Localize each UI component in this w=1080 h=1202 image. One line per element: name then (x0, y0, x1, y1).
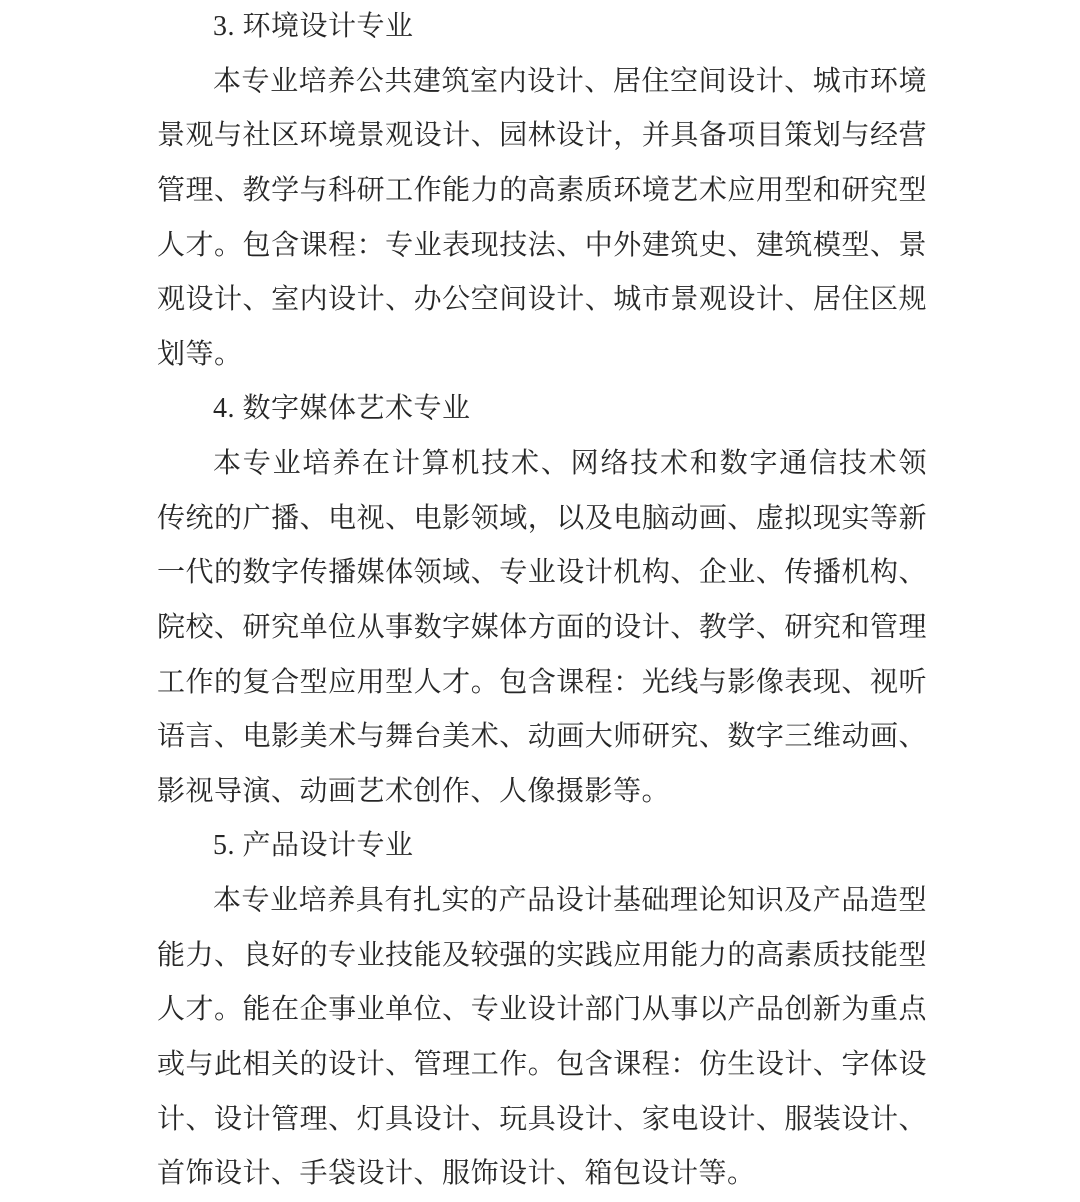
text-line: 本专业培养具有扎实的产品设计基础理论知识及产品造型 (157, 874, 927, 929)
text-line: 院校、研究单位从事数字媒体方面的设计、教学、研究和管理 (157, 601, 927, 656)
text-line: 管理、教学与科研工作能力的高素质环境艺术应用型和研究型 (157, 164, 927, 219)
document-body: 3. 环境设计专业本专业培养公共建筑室内设计、居住空间设计、城市环境景观与社区环… (157, 0, 927, 1202)
text-line: 本专业培养在计算机技术、网络技术和数字通信技术领域、 (157, 437, 927, 492)
text-line: 工作的复合型应用型人才。包含课程：光线与影像表现、视听 (157, 656, 927, 711)
text-line: 首饰设计、手袋设计、服饰设计、箱包设计等。 (157, 1147, 927, 1202)
text-line: 语言、电影美术与舞台美术、动画大师研究、数字三维动画、 (157, 710, 927, 765)
section-heading: 3. 环境设计专业 (157, 0, 927, 55)
text-line: 计、设计管理、灯具设计、玩具设计、家电设计、服装设计、 (157, 1093, 927, 1148)
text-line: 景观与社区环境景观设计、园林设计，并具备项目策划与经营 (157, 109, 927, 164)
section-heading: 4. 数字媒体艺术专业 (157, 382, 927, 437)
text-line: 或与此相关的设计、管理工作。包含课程：仿生设计、字体设 (157, 1038, 927, 1093)
text-line: 能力、良好的专业技能及较强的实践应用能力的高素质技能型 (157, 929, 927, 984)
document-page: 3. 环境设计专业本专业培养公共建筑室内设计、居住空间设计、城市环境景观与社区环… (0, 0, 1080, 1202)
section-heading: 5. 产品设计专业 (157, 819, 927, 874)
text-line: 传统的广播、电视、电影领域，以及电脑动画、虚拟现实等新 (157, 492, 927, 547)
text-line: 人才。包含课程：专业表现技法、中外建筑史、建筑模型、景 (157, 219, 927, 274)
text-line: 本专业培养公共建筑室内设计、居住空间设计、城市环境 (157, 55, 927, 110)
text-line: 观设计、室内设计、办公空间设计、城市景观设计、居住区规 (157, 273, 927, 328)
text-line: 一代的数字传播媒体领域、专业设计机构、企业、传播机构、 (157, 546, 927, 601)
text-line: 划等。 (157, 328, 927, 383)
text-line: 人才。能在企事业单位、专业设计部门从事以产品创新为重点 (157, 983, 927, 1038)
text-line: 影视导演、动画艺术创作、人像摄影等。 (157, 765, 927, 820)
